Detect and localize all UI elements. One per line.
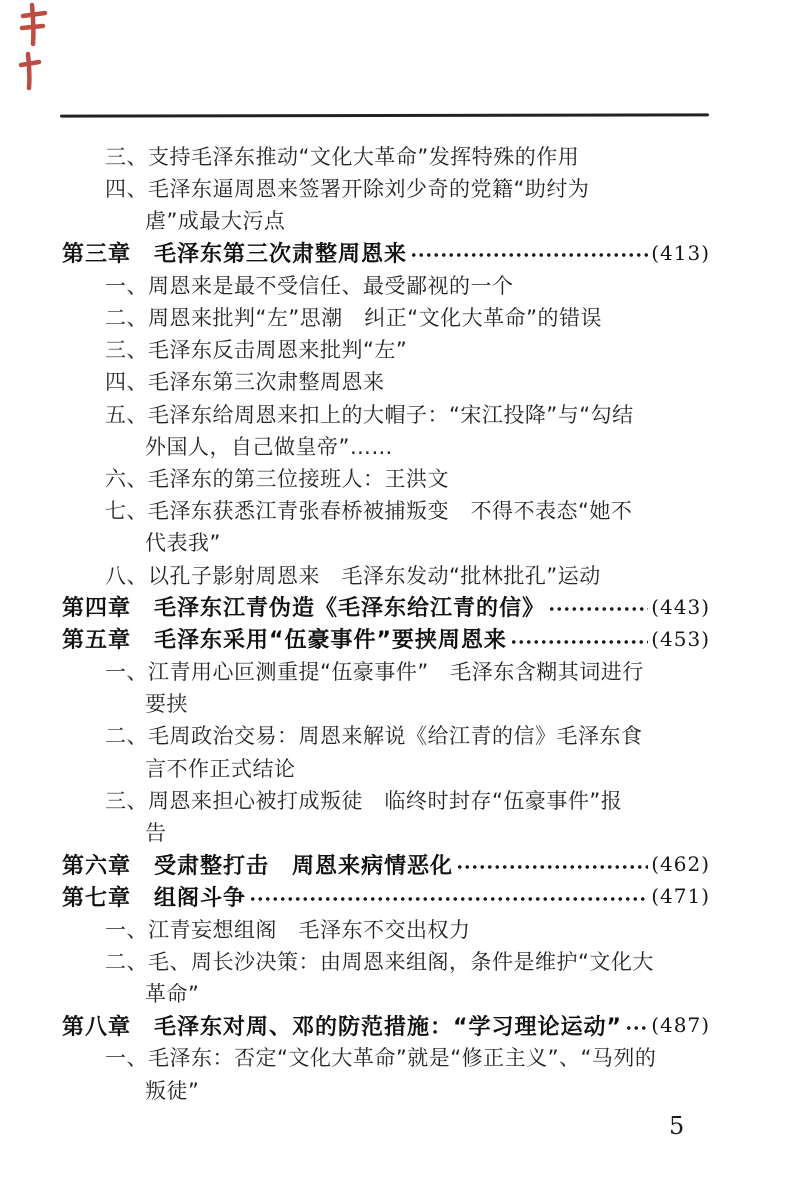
toc-entry-text: 一、毛泽东：否定“文化大革命”就是“修正主义”、“马列的 — [105, 1042, 656, 1072]
toc-entry: 一、周恩来是最不受信任、最受鄙视的一个 — [62, 269, 710, 301]
toc-entry: 二、周恩来批判“左”思潮 纠正“文化大革命”的错误 — [62, 301, 710, 333]
toc-entry: 革命” — [62, 977, 710, 1009]
toc-entry: 第七章 组阁斗争(471) — [62, 880, 710, 912]
toc-entry-text: 二、毛周政治交易：周恩来解说《给江青的信》毛泽东食 — [105, 720, 643, 750]
toc-entry-text: 七、毛泽东获悉江青张春桥被捕叛变 不得不表态“她不 — [105, 495, 632, 525]
toc-entry: 外国人，自己做皇帝”…… — [62, 430, 710, 462]
toc-entry-text: 第五章 毛泽东采用“伍豪事件”要挟周恩来 — [62, 623, 507, 654]
toc-entry-text: 三、支持毛泽东推动“文化大革命”发挥特殊的作用 — [105, 141, 579, 171]
toc-entry-text: 一、江青用心叵测重提“伍豪事件” 毛泽东含糊其词进行 — [105, 656, 644, 686]
toc-entry-text: 三、毛泽东反击周恩来批判“左” — [105, 334, 407, 364]
toc-entry: 第六章 受肃整打击 周恩来病情恶化(462) — [62, 848, 710, 880]
toc-entry-text: 第七章 组阁斗争 — [62, 881, 246, 912]
toc-entry: 第四章 毛泽东江青伪造《毛泽东给江青的信》(443) — [62, 591, 710, 623]
dot-leader — [249, 880, 648, 912]
toc-entry: 虐”成最大污点 — [62, 204, 710, 236]
header-rule — [60, 113, 709, 117]
toc-entry: 言不作正式结论 — [62, 752, 710, 784]
toc-page-number: (471) — [651, 884, 710, 908]
toc-entry-text: 革命” — [145, 978, 199, 1008]
dot-leader — [510, 623, 648, 655]
toc-entry: 叛徒” — [62, 1073, 710, 1105]
toc-entry-text: 第六章 受肃整打击 周恩来病情恶化 — [62, 849, 453, 880]
toc-entry: 第三章 毛泽东第三次肃整周恩来(413) — [62, 237, 710, 269]
toc-entry-text: 要挟 — [145, 688, 188, 718]
toc-entry: 六、毛泽东的第三位接班人：王洪文 — [62, 462, 710, 494]
toc-entry: 代表我” — [62, 526, 710, 558]
toc-page-number: (413) — [651, 241, 710, 265]
dot-leader — [625, 1009, 648, 1041]
toc-entry-text: 一、周恩来是最不受信任、最受鄙视的一个 — [105, 270, 514, 300]
toc-entry: 第五章 毛泽东采用“伍豪事件”要挟周恩来(453) — [62, 623, 710, 655]
dot-leader — [410, 237, 648, 269]
toc-entry-text: 一、江青妄想组阁 毛泽东不交出权力 — [105, 914, 471, 944]
toc-entry: 五、毛泽东给周恩来扣上的大帽子：“宋江投降”与“勾结 — [62, 398, 710, 430]
toc-entry: 三、周恩来担心被打成叛徒 临终时封存“伍豪事件”报 — [62, 784, 710, 816]
toc-entry-text: 言不作正式结论 — [145, 753, 296, 783]
toc-entry: 三、支持毛泽东推动“文化大革命”发挥特殊的作用 — [62, 140, 710, 172]
toc-entry-text: 五、毛泽东给周恩来扣上的大帽子：“宋江投降”与“勾结 — [105, 399, 634, 429]
toc-entry-text: 四、毛泽东逼周恩来签署开除刘少奇的党籍“助纣为 — [105, 173, 589, 203]
toc-entry-text: 四、毛泽东第三次肃整周恩来 — [105, 366, 385, 396]
toc-entry: 告 — [62, 816, 710, 848]
toc-entry-text: 三、周恩来担心被打成叛徒 临终时封存“伍豪事件”报 — [105, 785, 622, 815]
toc-page-number: (453) — [651, 627, 710, 651]
toc-entry: 要挟 — [62, 687, 710, 719]
toc-entry-text: 二、周恩来批判“左”思潮 纠正“文化大革命”的错误 — [105, 302, 602, 332]
toc-entry: 一、毛泽东：否定“文化大革命”就是“修正主义”、“马列的 — [62, 1041, 710, 1073]
toc-entry-text: 六、毛泽东的第三位接班人：王洪文 — [105, 463, 449, 493]
toc-entry: 八、以孔子影射周恩来 毛泽东发动“批林批孔”运动 — [62, 558, 710, 590]
dot-leader — [456, 848, 648, 880]
toc-entry-text: 第四章 毛泽东江青伪造《毛泽东给江青的信》 — [62, 591, 545, 622]
toc-page-number: (462) — [651, 852, 710, 876]
toc-entry: 一、江青用心叵测重提“伍豪事件” 毛泽东含糊其词进行 — [62, 655, 710, 687]
toc-entry: 三、毛泽东反击周恩来批判“左” — [62, 333, 710, 365]
toc-entry-text: 二、毛、周长沙决策：由周恩来组阁，条件是维护“文化大 — [105, 946, 654, 976]
toc-entry: 一、江青妄想组阁 毛泽东不交出权力 — [62, 913, 710, 945]
red-ink-marks — [18, 2, 52, 98]
toc-entry: 四、毛泽东第三次肃整周恩来 — [62, 365, 710, 397]
toc-entry-text: 第三章 毛泽东第三次肃整周恩来 — [62, 237, 407, 268]
toc-entry: 二、毛、周长沙决策：由周恩来组阁，条件是维护“文化大 — [62, 945, 710, 977]
toc-entry-text: 告 — [145, 817, 167, 847]
toc-entry-text: 虐”成最大污点 — [145, 205, 285, 235]
toc-entry: 四、毛泽东逼周恩来签署开除刘少奇的党籍“助纣为 — [62, 172, 710, 204]
toc-entry: 二、毛周政治交易：周恩来解说《给江青的信》毛泽东食 — [62, 719, 710, 751]
toc-entry: 第八章 毛泽东对周、邓的防范措施：“学习理论运动”(487) — [62, 1009, 710, 1041]
toc-page-number: (487) — [651, 1013, 710, 1037]
table-of-contents: 三、支持毛泽东推动“文化大革命”发挥特殊的作用四、毛泽东逼周恩来签署开除刘少奇的… — [62, 140, 710, 1106]
toc-entry-text: 叛徒” — [145, 1075, 199, 1105]
toc-page-number: (443) — [651, 595, 710, 619]
toc-entry-text: 外国人，自己做皇帝”…… — [145, 431, 393, 461]
toc-entry-text: 代表我” — [145, 527, 221, 557]
toc-entry-text: 第八章 毛泽东对周、邓的防范措施：“学习理论运动” — [62, 1010, 622, 1041]
dot-leader — [548, 591, 648, 623]
book-toc-page: 三、支持毛泽东推动“文化大革命”发挥特殊的作用四、毛泽东逼周恩来签署开除刘少奇的… — [0, 0, 794, 1189]
red-ink-strokes-icon — [18, 2, 52, 94]
page-number: 5 — [669, 1112, 684, 1140]
toc-entry: 七、毛泽东获悉江青张春桥被捕叛变 不得不表态“她不 — [62, 494, 710, 526]
toc-entry-text: 八、以孔子影射周恩来 毛泽东发动“批林批孔”运动 — [105, 560, 601, 590]
